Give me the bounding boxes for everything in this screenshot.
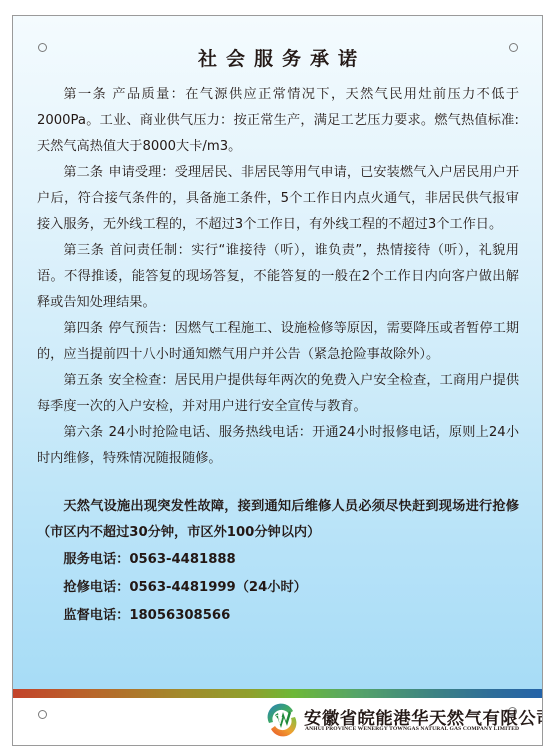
- article-lead: 第一条: [63, 87, 107, 102]
- article-text: 首问责任制：实行“谁接待（听），谁负责”，热情接待（听），礼貌用语。不得推诿，能…: [37, 243, 519, 310]
- service-phone: 服务电话：0563-4481888: [37, 546, 519, 574]
- emergency-notice: 天然气设施出现突发性故障，接到通知后维修人员必须尽快赶到现场进行抢修（市区内不超…: [37, 494, 519, 546]
- repair-phone: 抢修电话：0563-4481999（24小时）: [37, 574, 519, 602]
- phone-number: 18056308566: [129, 608, 230, 623]
- sign-content: 第一条产品质量：在气源供应正常情况下，天然气民用灶前压力不低于2000Pa。工业…: [37, 82, 519, 630]
- article-2: 第二条申请受理：受理居民、非居民等用气申请，已安装燃气入户居民用户开户后，符合接…: [37, 160, 519, 238]
- article-lead: 第三条: [63, 243, 104, 258]
- article-text: 产品质量：在气源供应正常情况下，天然气民用灶前压力不低于2000Pa。工业、商业…: [37, 87, 519, 154]
- company-logo-icon: [265, 703, 299, 737]
- supervision-phone: 监督电话：18056308566: [37, 602, 519, 630]
- service-commitment-sign: 社会服务承诺 第一条产品质量：在气源供应正常情况下，天然气民用灶前压力不低于20…: [12, 15, 543, 746]
- article-lead: 第五条: [63, 373, 103, 388]
- article-lead: 第二条: [63, 165, 103, 180]
- article-text: 24小时抢险电话、服务热线电话：开通24小时报修电话，原则上24小时内维修，特殊…: [37, 425, 519, 466]
- article-6: 第六条24小时抢险电话、服务热线电话：开通24小时报修电话，原则上24小时内维修…: [37, 420, 519, 472]
- article-4: 第四条停气预告：因燃气工程施工、设施检修等原因，需要降压或者暂停工期的，应当提前…: [37, 316, 519, 368]
- article-text: 安全检查：居民用户提供每年两次的免费入户安全检查，工商用户提供每季度一次的入户安…: [37, 373, 519, 414]
- mounting-hole-icon: [38, 710, 47, 719]
- sign-footer: 安徽省皖能港华天然气有限公司 ANHUI PROVINCE WENERGY TO…: [13, 698, 542, 745]
- article-5: 第五条安全检查：居民用户提供每年两次的免费入户安全检查，工商用户提供每季度一次的…: [37, 368, 519, 420]
- article-1: 第一条产品质量：在气源供应正常情况下，天然气民用灶前压力不低于2000Pa。工业…: [37, 82, 519, 160]
- article-lead: 第六条: [63, 425, 103, 440]
- phone-label: 抢修电话：: [63, 580, 129, 595]
- article-text: 申请受理：受理居民、非居民等用气申请，已安装燃气入户居民用户开户后，符合接气条件…: [37, 165, 519, 232]
- phone-label: 监督电话：: [63, 608, 129, 623]
- phone-number: 0563-4481888: [129, 552, 235, 567]
- phone-number: 0563-4481999（24小时）: [129, 580, 307, 595]
- phone-label: 服务电话：: [63, 552, 129, 567]
- company-name-en: ANHUI PROVINCE WENERGY TOWNGAS NATURAL G…: [305, 726, 519, 732]
- article-lead: 第四条: [63, 321, 103, 336]
- article-3: 第三条首问责任制：实行“谁接待（听），谁负责”，热情接待（听），礼貌用语。不得推…: [37, 238, 519, 316]
- sign-body: 社会服务承诺 第一条产品质量：在气源供应正常情况下，天然气民用灶前压力不低于20…: [13, 16, 542, 689]
- sign-title: 社会服务承诺: [13, 44, 542, 71]
- section-spacer: [37, 472, 519, 494]
- gradient-divider-bar: [13, 689, 542, 698]
- article-text: 停气预告：因燃气工程施工、设施检修等原因，需要降压或者暂停工期的，应当提前四十八…: [37, 321, 519, 362]
